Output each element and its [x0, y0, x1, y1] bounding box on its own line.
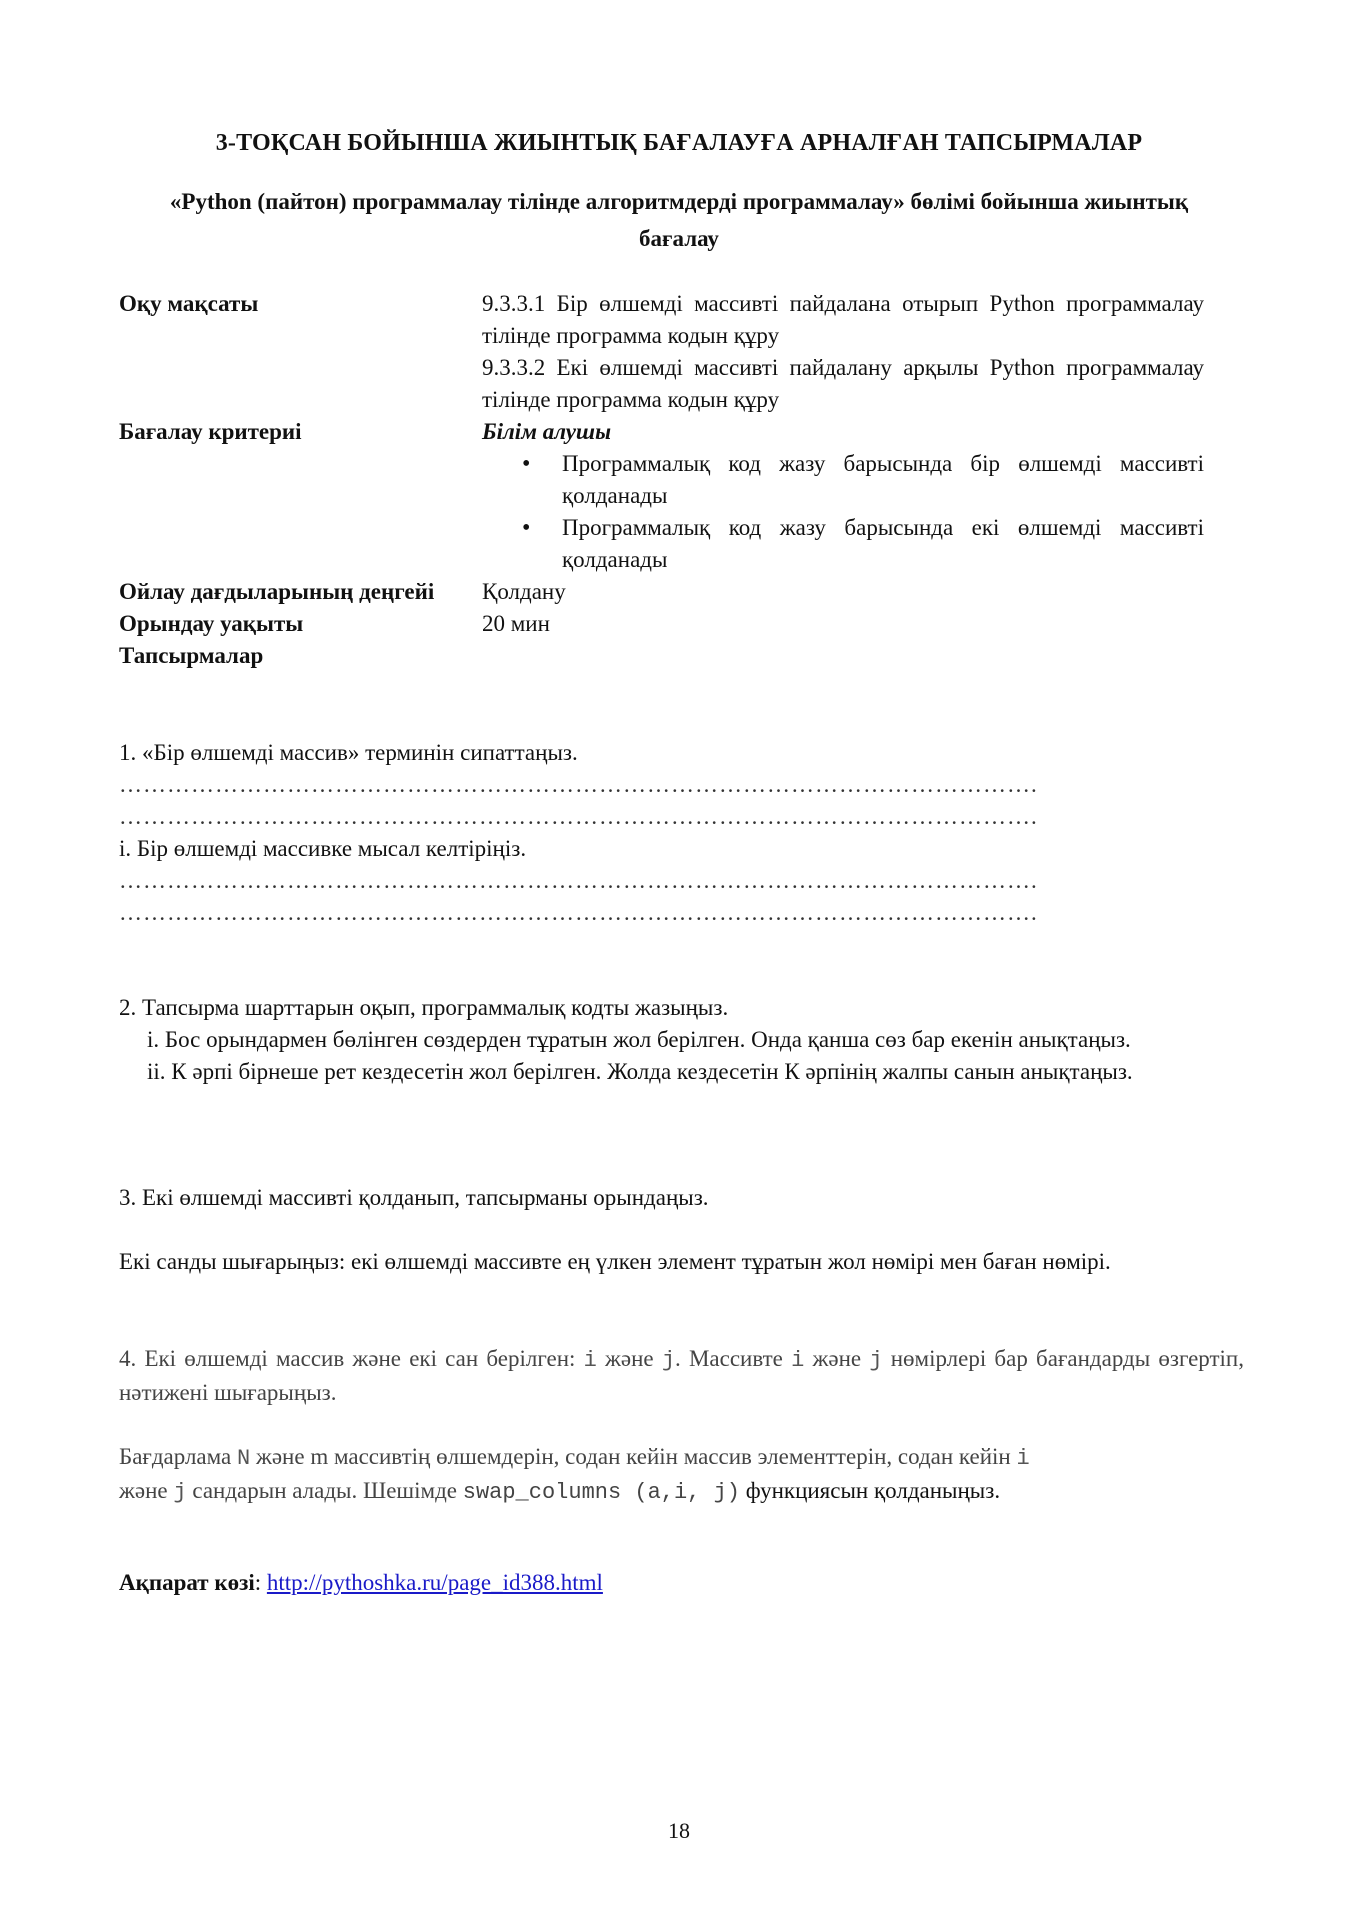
time-value: 20 мин	[482, 608, 1204, 640]
text: 4. Екі өлшемді массив және екі сан беріл…	[119, 1346, 584, 1371]
code-i: i	[791, 1348, 804, 1373]
criteria-label: Бағалау критериі	[119, 416, 482, 576]
text: . Массивте	[675, 1346, 791, 1371]
thinking-row: Ойлау дағдыларының деңгейі Қолдану	[119, 576, 1204, 608]
objectives-row: Оқу мақсаты 9.3.3.1 Бір өлшемді массивті…	[119, 288, 1204, 416]
text: Бағдарлама	[119, 1444, 237, 1469]
task-2: 2. Тапсырма шарттарын оқып, программалық…	[119, 992, 1244, 1088]
separator: :	[255, 1570, 267, 1595]
task-4: 4. Екі өлшемді массив және екі сан беріл…	[119, 1343, 1244, 1509]
text: және	[804, 1346, 869, 1371]
thinking-value: Қолдану	[482, 576, 1204, 608]
code-i: i	[1016, 1446, 1029, 1471]
text: массивтің өлшемдерін, содан кейін массив…	[328, 1444, 1016, 1469]
objective-item: 9.3.3.2 Екі өлшемді массивті пайдалану а…	[482, 352, 1204, 416]
answer-line[interactable]: …………………………………………………………………………………………………….	[119, 801, 1244, 833]
task-3-detail: Екі санды шығарыңыз: екі өлшемді массивт…	[119, 1246, 1244, 1278]
task-2-sub-2: ii. К әрпі бірнеше рет кездесетін жол бе…	[119, 1056, 1244, 1088]
task-4-detail: Бағдарлама N және m массивтің өлшемдерін…	[119, 1441, 1244, 1509]
page-title: 3-ТОҚСАН БОЙЫНША ЖИЫНТЫҚ БАҒАЛАУҒА АРНАЛ…	[0, 130, 1358, 157]
code-j: j	[173, 1480, 186, 1505]
code-N: N	[237, 1446, 250, 1471]
task-3: 3. Екі өлшемді массивті қолданып, тапсыр…	[119, 1182, 1244, 1278]
text: сандарын алады. Шешімде	[187, 1478, 463, 1503]
answer-line[interactable]: …………………………………………………………………………………………………….	[119, 865, 1244, 897]
tasks-label: Тапсырмалар	[119, 640, 482, 672]
objectives-label: Оқу мақсаты	[119, 288, 482, 416]
text: және	[597, 1346, 662, 1371]
task-1-subquestion: і. Бір өлшемді массивке мысал келтіріңіз…	[119, 833, 1244, 865]
document-page: 3-ТОҚСАН БОЙЫНША ЖИЫНТЫҚ БАҒАЛАУҒА АРНАЛ…	[0, 0, 1358, 1920]
task-3-question: 3. Екі өлшемді массивті қолданып, тапсыр…	[119, 1182, 1244, 1214]
thinking-label: Ойлау дағдыларының деңгейі	[119, 576, 482, 608]
criteria-list: Программалық код жазу барысында бір өлше…	[482, 448, 1204, 576]
text: және	[119, 1478, 173, 1503]
task-1: 1. «Бір өлшемді массив» терминін сипатта…	[119, 737, 1244, 929]
time-label: Орындау уақыты	[119, 608, 482, 640]
page-number: 18	[0, 1818, 1358, 1844]
code-j: j	[869, 1348, 882, 1373]
page-subtitle: «Python (пайтон) программалау тілінде ал…	[140, 183, 1218, 257]
task-4-question: 4. Екі өлшемді массив және екі сан беріл…	[119, 1343, 1244, 1409]
criteria-row: Бағалау критериі Білім алушы Программалы…	[119, 416, 1204, 576]
criteria-heading: Білім алушы	[482, 416, 1204, 448]
source: Ақпарат көзі: http://pythoshka.ru/page_i…	[119, 1567, 1244, 1599]
source-label: Ақпарат көзі	[119, 1570, 255, 1595]
source-link[interactable]: http://pythoshka.ru/page_id388.html	[267, 1570, 603, 1595]
meta-table: Оқу мақсаты 9.3.3.1 Бір өлшемді массивті…	[119, 288, 1204, 672]
text: функциясын қолданыңыз.	[740, 1478, 1000, 1503]
tasks-row: Тапсырмалар	[119, 640, 1204, 672]
task-1-question: 1. «Бір өлшемді массив» терминін сипатта…	[119, 737, 1244, 769]
time-row: Орындау уақыты 20 мин	[119, 608, 1204, 640]
criteria-item: Программалық код жазу барысында екі өлше…	[562, 512, 1204, 576]
text: және	[250, 1444, 310, 1469]
code-function: swap_columns (a,i, j)	[463, 1480, 740, 1505]
task-2-sub-1: і. Бос орындармен бөлінген сөздерден тұр…	[119, 1024, 1244, 1056]
task-2-question: 2. Тапсырма шарттарын оқып, программалық…	[119, 992, 1244, 1024]
criteria-item: Программалық код жазу барысында бір өлше…	[562, 448, 1204, 512]
answer-line[interactable]: …………………………………………………………………………………………………….	[119, 769, 1244, 801]
code-j: j	[662, 1348, 675, 1373]
answer-line[interactable]: …………………………………………………………………………………………………….	[119, 897, 1244, 929]
objective-item: 9.3.3.1 Бір өлшемді массивті пайдалана о…	[482, 288, 1204, 352]
code-i: i	[584, 1348, 597, 1373]
var-m: m	[310, 1444, 328, 1469]
